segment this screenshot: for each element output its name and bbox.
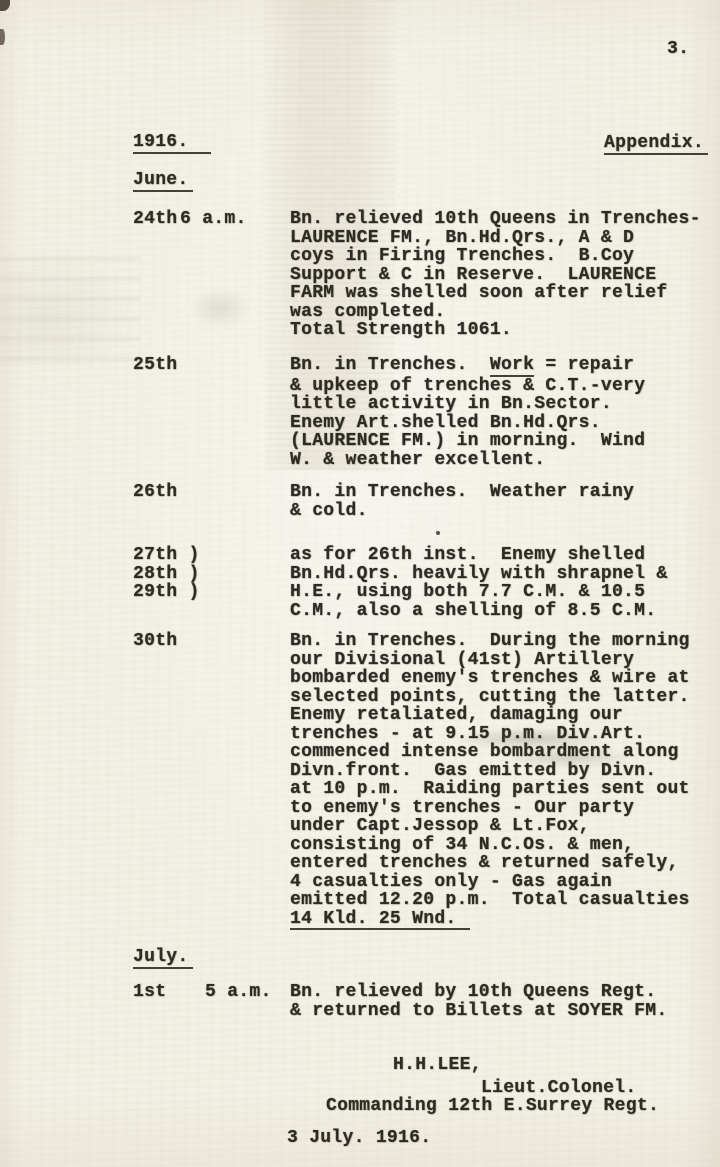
entry-line: FARM was shelled soon after relief [290, 284, 720, 303]
entry-line: LAURENCE FM., Bn.Hd.Qrs., A & D [290, 229, 720, 248]
year-heading: 1916. [133, 133, 211, 154]
text-segment: = repair [534, 355, 634, 375]
entry-line: our Divisional (41st) Artillery [290, 651, 720, 670]
page-number: 3. [667, 40, 689, 59]
entry-date: 1st [133, 983, 166, 1002]
entry-line: as for 26th inst. Enemy shelled [290, 546, 720, 565]
entry-line: under Capt.Jessop & Lt.Fox, [290, 817, 720, 836]
entry-date: 30th [133, 632, 177, 651]
entry-line: bombarded enemy's trenches & wire at [290, 669, 720, 688]
stray-ink-dot [436, 531, 440, 535]
month-heading: July. [133, 948, 193, 969]
entry-body: Bn. in Trenches. Weather rainy& cold. [290, 483, 720, 520]
entry-line: 14 Kld. 25 Wnd. [290, 910, 720, 931]
month-heading-label: July. [133, 948, 193, 969]
entry-line: Bn. in Trenches. Work = repair [290, 356, 720, 377]
entry-line: was completed. [290, 303, 720, 322]
entry-body: as for 26th inst. Enemy shelledBn.Hd.Qrs… [290, 546, 720, 620]
underlined-text: Work [490, 356, 534, 377]
signature-rank: Lieut.Colonel. [481, 1079, 636, 1098]
entry-line: Enemy retaliated, damaging our [290, 706, 720, 725]
entry-line: Total Strength 1061. [290, 321, 720, 340]
entry-line: (LAURENCE FM.) in morning. Wind [290, 432, 720, 451]
entry-body: Bn. relieved by 10th Queens Regt.& retur… [290, 983, 720, 1020]
entry-line: H.E., using both 7.7 C.M. & 10.5 [290, 583, 720, 602]
entry-line: little activity in Bn.Sector. [290, 395, 720, 414]
entry-date: 26th [133, 483, 177, 502]
entry-line: & cold. [290, 502, 720, 521]
war-diary-page: 3. 1916. Appendix. June.24th6 a.m.Bn. re… [0, 0, 720, 1167]
entry-line: Bn.Hd.Qrs. heavily with shrapnel & [290, 565, 720, 584]
entry-line: to enemy's trenches - Our party [290, 799, 720, 818]
text-segment: Bn. in Trenches. [290, 355, 490, 375]
corner-mark [0, 0, 10, 11]
entry-body: Bn. in Trenches. Work = repair& upkeep o… [290, 356, 720, 469]
entry-line: Bn. relieved 10th Queens in Trenches- [290, 210, 720, 229]
month-heading: June. [133, 171, 193, 192]
entry-line: & returned to Billets at SOYER FM. [290, 1002, 720, 1021]
entry-line: trenches - at 9.15 p.m. Div.Art. [290, 725, 720, 744]
entry-line: entered trenches & returned safely, [290, 854, 720, 873]
entry-line: Bn. in Trenches. During the morning [290, 632, 720, 651]
signature-command: Commanding 12th E.Surrey Regt. [326, 1097, 659, 1116]
entry-date: 27th ) 28th ) 29th ) [133, 546, 200, 602]
entry-body: Bn. relieved 10th Queens in Trenches-LAU… [290, 210, 720, 340]
bleed-through-ghost-text [0, 250, 140, 365]
signature-name: H.H.LEE, [393, 1056, 482, 1075]
signature-date: 3 July. 1916. [287, 1129, 431, 1148]
underlined-text: 14 Kld. 25 Wnd. [290, 910, 470, 931]
entry-line: at 10 p.m. Raiding parties sent out [290, 780, 720, 799]
entry-line: Support & C in Reserve. LAURENCE [290, 266, 720, 285]
entry-line: consisting of 34 N.C.Os. & men, [290, 836, 720, 855]
month-heading-label: June. [133, 171, 193, 192]
entry-line: commenced intense bombardment along [290, 743, 720, 762]
year-heading-label: 1916. [133, 133, 211, 154]
entry-line: C.M., also a shelling of 8.5 C.M. [290, 602, 720, 621]
entry-line: Bn. relieved by 10th Queens Regt. [290, 983, 720, 1002]
ink-smudge [190, 288, 250, 328]
entry-line: selected points, cutting the latter. [290, 688, 720, 707]
entry-time: 5 a.m. [205, 983, 272, 1002]
appendix-heading-label: Appendix. [604, 134, 708, 155]
entry-line: Enemy Art.shelled Bn.Hd.Qrs. [290, 414, 720, 433]
entry-date: 25th [133, 356, 177, 375]
entry-line: Bn. in Trenches. Weather rainy [290, 483, 720, 502]
entry-line: coys in Firing Trenches. B.Coy [290, 247, 720, 266]
entry-time: 6 a.m. [180, 210, 247, 229]
entry-line: emitted 12.20 p.m. Total casualties [290, 891, 720, 910]
appendix-heading: Appendix. [604, 134, 708, 155]
entry-date: 24th [133, 210, 177, 229]
entry-line: W. & weather excellent. [290, 451, 720, 470]
entry-line: & upkeep of trenches & C.T.-very [290, 377, 720, 396]
entry-line: 4 casualties only - Gas again [290, 873, 720, 892]
entry-line: Divn.front. Gas emitted by Divn. [290, 762, 720, 781]
entry-body: Bn. in Trenches. During the morningour D… [290, 632, 720, 930]
edge-mark [0, 29, 5, 45]
